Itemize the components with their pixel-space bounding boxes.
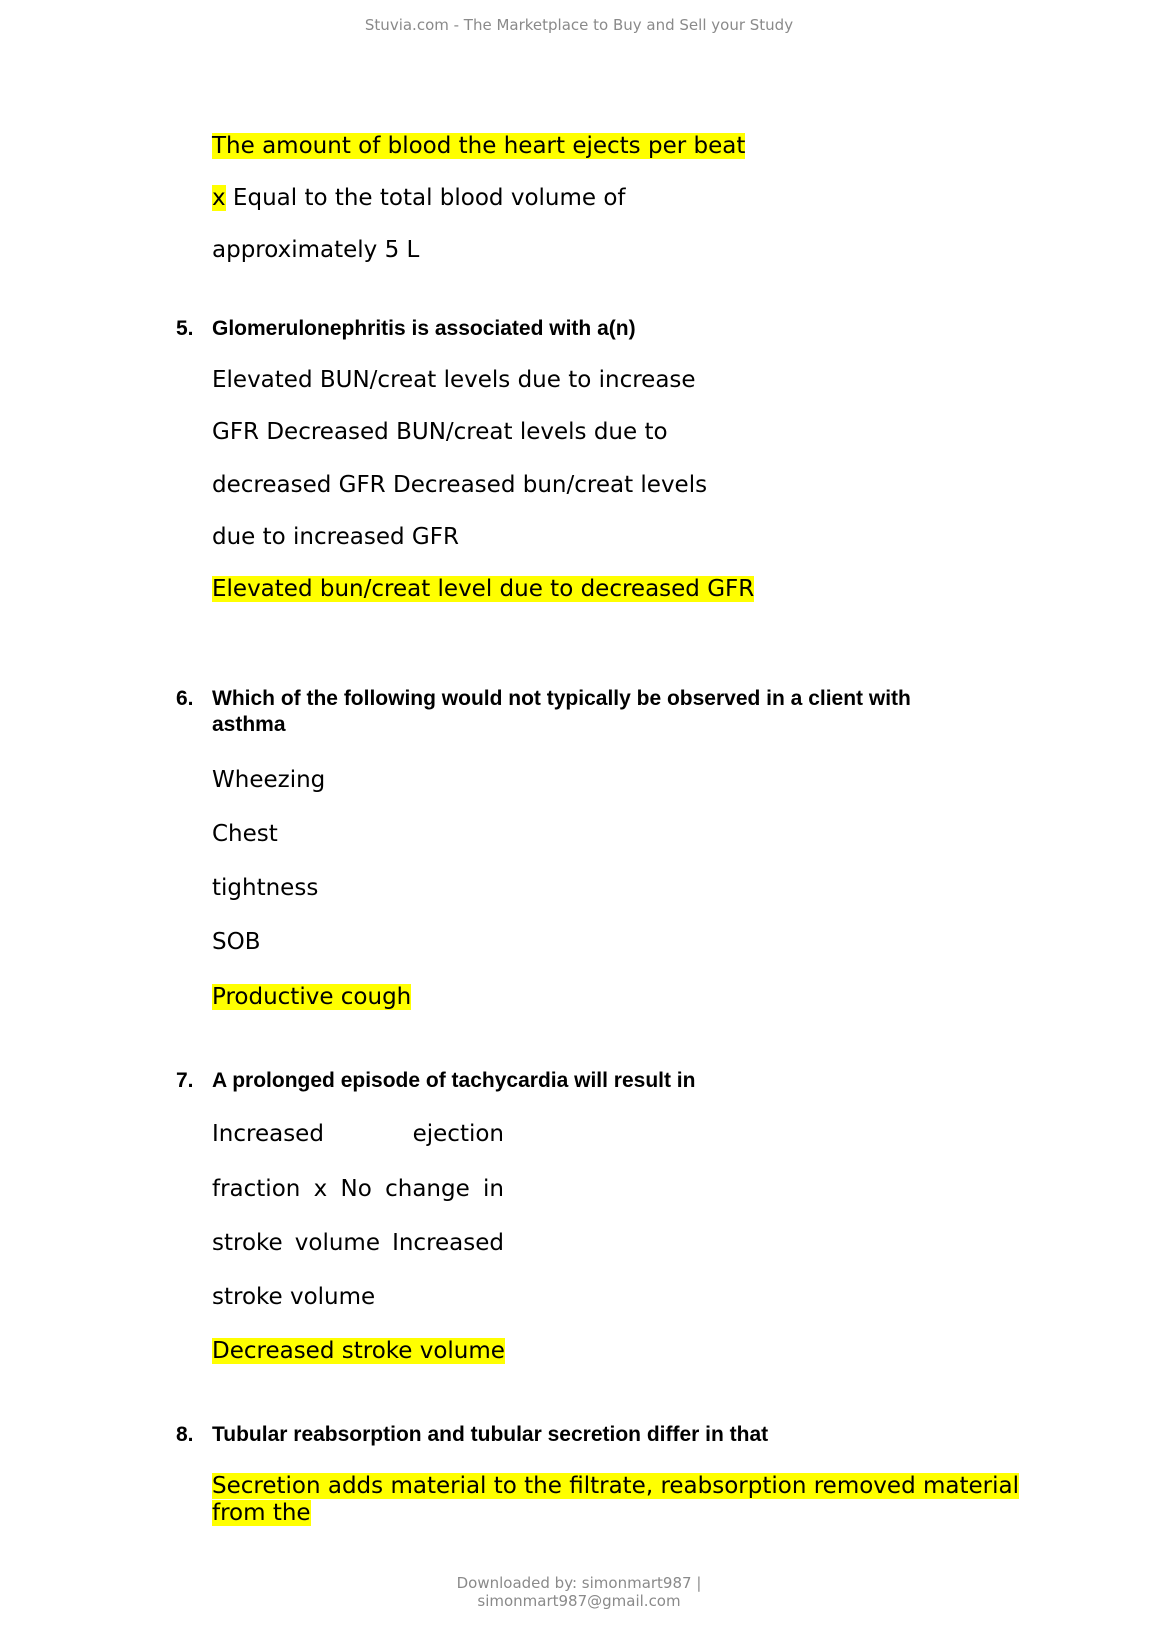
question-5: 5.Glomerulonephritis is associated with … bbox=[176, 316, 972, 342]
answer-option: due to increased GFR bbox=[212, 523, 459, 551]
page-footer: Downloaded by: simonmart987 | simonmart9… bbox=[0, 1574, 1158, 1610]
answer-text: Equal to the total blood volume of bbox=[226, 185, 626, 211]
question-text: A prolonged episode of tachycardia will … bbox=[212, 1068, 972, 1094]
answer-option: stroke volume Increased bbox=[212, 1229, 504, 1257]
question-text: Glomerulonephritis is associated with a(… bbox=[212, 316, 972, 342]
answer-option: fraction x No change in bbox=[212, 1175, 504, 1203]
marker-x: x bbox=[212, 185, 226, 211]
answer-option: Elevated BUN/creat levels due to increas… bbox=[212, 366, 696, 394]
question-number: 7. bbox=[176, 1068, 212, 1094]
answer-option-correct: Productive cough bbox=[212, 983, 411, 1011]
footer-downloaded-by: Downloaded by: simonmart987 | bbox=[0, 1574, 1158, 1592]
question-text: Tubular reabsorption and tubular secreti… bbox=[212, 1422, 972, 1448]
answer-text: Productive cough bbox=[212, 984, 411, 1010]
page-header: Stuvia.com - The Marketplace to Buy and … bbox=[0, 16, 1158, 34]
question-7: 7.A prolonged episode of tachycardia wil… bbox=[176, 1068, 972, 1094]
footer-email: simonmart987@gmail.com bbox=[0, 1592, 1158, 1610]
answer-option: stroke volume bbox=[212, 1283, 375, 1311]
question-8: 8.Tubular reabsorption and tubular secre… bbox=[176, 1422, 972, 1448]
answer-option-correct: Decreased stroke volume bbox=[212, 1337, 505, 1365]
answer-option-correct: Elevated bun/creat level due to decrease… bbox=[212, 575, 754, 603]
answer-option: decreased GFR Decreased bun/creat levels bbox=[212, 471, 707, 499]
answer-option-correct: The amount of blood the heart ejects per… bbox=[212, 132, 745, 160]
answer-option: SOB bbox=[212, 928, 260, 956]
answer-text: Elevated bun/creat level due to decrease… bbox=[212, 576, 754, 602]
answer-option: x Equal to the total blood volume of bbox=[212, 184, 626, 212]
answer-option: tightness bbox=[212, 874, 318, 902]
answer-text: Decreased stroke volume bbox=[212, 1338, 505, 1364]
question-number: 5. bbox=[176, 316, 212, 342]
answer-text: The amount of blood the heart ejects per… bbox=[212, 133, 745, 159]
answer-option: GFR Decreased BUN/creat levels due to bbox=[212, 418, 668, 446]
question-number: 8. bbox=[176, 1422, 212, 1448]
question-number: 6. bbox=[176, 686, 212, 712]
question-text: Which of the following would not typical… bbox=[212, 686, 972, 738]
answer-option: Chest bbox=[212, 820, 278, 848]
answer-option: Increased ejection bbox=[212, 1120, 504, 1148]
answer-option: approximately 5 L bbox=[212, 236, 419, 264]
answer-option: Wheezing bbox=[212, 766, 325, 794]
answer-option-correct: Secretion adds material to the filtrate,… bbox=[212, 1473, 1052, 1527]
question-6: 6.Which of the following would not typic… bbox=[176, 686, 972, 738]
answer-text: Secretion adds material to the filtrate,… bbox=[212, 1473, 1019, 1526]
